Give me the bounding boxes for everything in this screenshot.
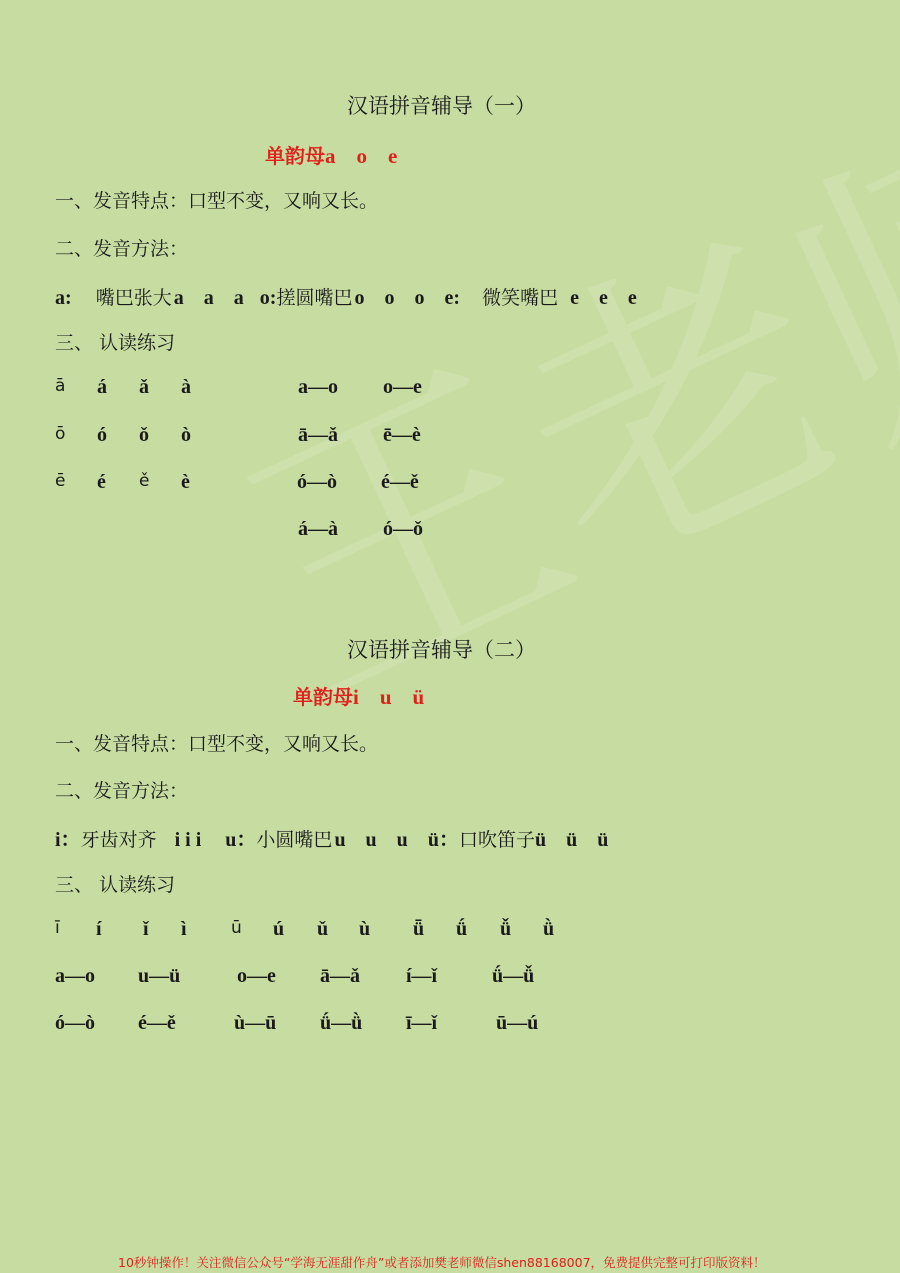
pair2-r1-1: a—o — [55, 965, 95, 988]
tone-e2: é — [97, 471, 106, 494]
pair2-r1-5: í—ǐ — [406, 965, 437, 988]
method-a-desc: 嘴巴张大 — [96, 287, 172, 309]
pair2-r2-1: ó—ò — [55, 1012, 95, 1035]
pair-1-1: a—o — [298, 376, 338, 399]
method-o-label: o: — [260, 287, 277, 309]
pair2-r1-2: u—ü — [138, 965, 180, 988]
tone-o2: ó — [97, 424, 107, 447]
method-v-desc: 口吹笛子 — [459, 829, 535, 851]
pair-2-1: ā—ǎ — [298, 424, 338, 447]
tone-e3: ě — [139, 471, 149, 491]
pair2-r2-3: ù—ū — [234, 1012, 276, 1035]
tone-v4: ǜ — [543, 918, 554, 941]
section2-point1: 一、发音特点：口型不变，又响又长。 — [55, 729, 378, 756]
footer-note: 10秒钟操作！关注微信公众号“学海无涯甜作舟”或者添加樊老师微信shen8816… — [118, 1253, 766, 1271]
tone-i1: ī — [55, 918, 60, 938]
tone-e4: è — [181, 471, 190, 494]
tone-u2: ú — [273, 918, 284, 941]
method-a-label: a: — [55, 287, 72, 309]
subtitle-letters: i u ü — [353, 685, 424, 709]
tone-v2: ǘ — [456, 918, 467, 941]
tone-o1: ō — [55, 424, 65, 444]
section1-point2: 二、发音方法： — [55, 234, 188, 261]
method-i-desc: 牙齿对齐 — [81, 829, 157, 851]
tone-v3: ǚ — [500, 918, 511, 941]
pair2-r1-3: o—e — [237, 965, 276, 988]
pair2-r1-6: ǘ—ǚ — [492, 965, 534, 988]
pair-3-1: ó—ò — [297, 471, 337, 494]
section1-point1: 一、发音特点：口型不变，又响又长。 — [55, 186, 378, 213]
tone-a2: á — [97, 376, 107, 399]
pair-1-2: o—e — [383, 376, 422, 399]
tone-a4: à — [181, 376, 191, 399]
pair-2-2: ē—è — [383, 424, 421, 447]
section1-title: 汉语拼音辅导（一） — [347, 90, 536, 120]
pair2-r2-2: é—ě — [138, 1012, 176, 1035]
tone-i3: ǐ — [143, 918, 149, 941]
section2-subtitle: 单韵母i u ü — [293, 681, 424, 711]
tone-i2: í — [96, 918, 102, 941]
method-u-label: u： — [225, 829, 256, 851]
method-u-desc: 小圆嘴巴 — [256, 829, 332, 851]
method-v-label: ü： — [428, 829, 459, 851]
tone-e1: ē — [55, 471, 65, 491]
method-e-label: e: — [445, 287, 461, 309]
subtitle-cn: 单韵母 — [293, 685, 353, 709]
tone-a3: ǎ — [139, 376, 149, 399]
section2-method-row: i：牙齿对齐i i i u：小圆嘴巴u u u ü：口吹笛子ü ü ü — [55, 823, 608, 852]
method-v-rep: ü ü ü — [535, 829, 608, 851]
tone-u1: ū — [231, 918, 242, 938]
tone-u4: ù — [359, 918, 370, 941]
pair2-r2-4: ǘ—ǜ — [320, 1012, 362, 1035]
pair-3-2: é—ě — [381, 471, 419, 494]
method-i-label: i： — [55, 829, 81, 851]
method-i-rep: i i i — [175, 829, 202, 851]
tone-i4: ì — [181, 918, 187, 941]
subtitle-letters: a o e — [325, 144, 397, 168]
section1-method-row: a: 嘴巴张大a a a o:搓圆嘴巴o o o e: 微笑嘴巴e e e — [55, 281, 637, 310]
section2-title: 汉语拼音辅导（二） — [347, 634, 536, 664]
section1-subtitle: 单韵母a o e — [265, 140, 397, 170]
method-a-rep: a a a — [174, 287, 244, 309]
method-o-desc: 搓圆嘴巴 — [276, 287, 352, 309]
pair-4-2: ó—ǒ — [383, 518, 423, 541]
method-e-desc: 微笑嘴巴 — [482, 287, 558, 309]
pair2-r2-5: ī—ǐ — [406, 1012, 437, 1035]
pair2-r1-4: ā—ǎ — [320, 965, 360, 988]
section2-point3: 三、 认读练习 — [55, 870, 175, 897]
pair2-r2-6: ū—ú — [496, 1012, 538, 1035]
subtitle-cn: 单韵母 — [265, 144, 325, 168]
method-e-rep: e e e — [570, 287, 637, 309]
tone-o4: ò — [181, 424, 191, 447]
tone-a1: ā — [55, 376, 65, 396]
pair-4-1: á—à — [298, 518, 338, 541]
section1-point3: 三、 认读练习 — [55, 328, 175, 355]
tone-o3: ǒ — [139, 424, 149, 447]
tone-v1: ǖ — [413, 918, 424, 941]
section2-point2: 二、发音方法： — [55, 776, 188, 803]
method-u-rep: u u u — [334, 829, 407, 851]
method-o-rep: o o o — [354, 287, 424, 309]
tone-u3: ǔ — [317, 918, 328, 941]
